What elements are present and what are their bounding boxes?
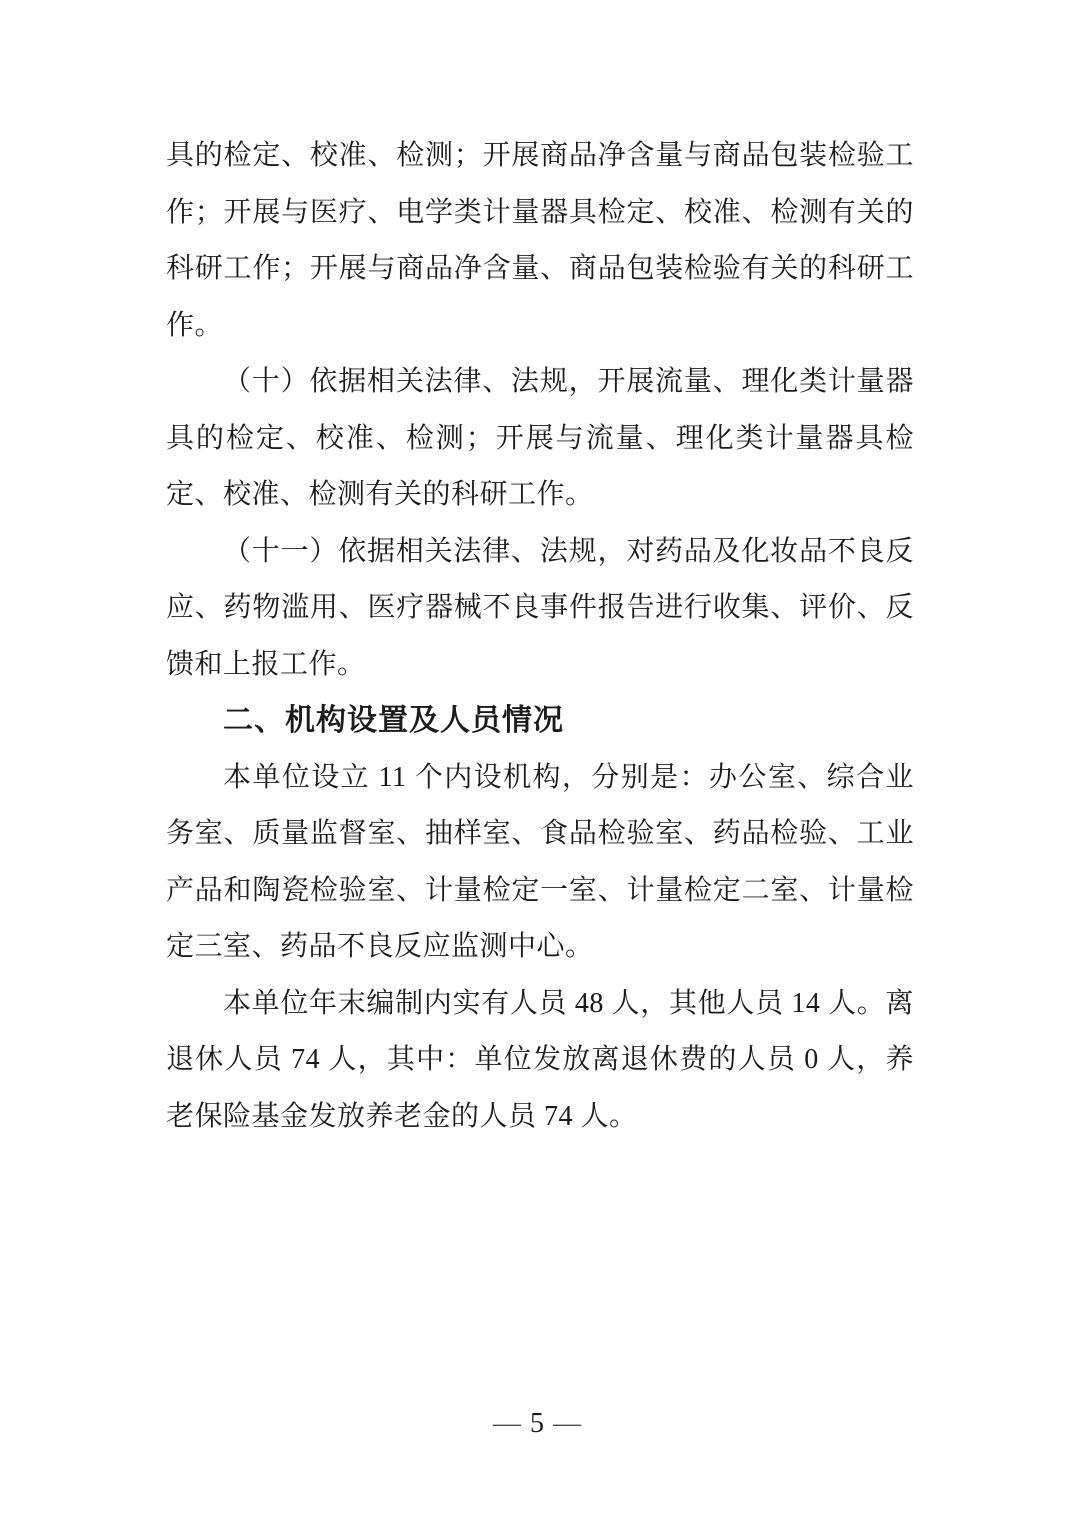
paragraph-item-eleven: （十一）依据相关法律、法规，对药品及化妆品不良反应、药物滥用、医疗器械不良事件报… bbox=[166, 524, 914, 694]
footer-dash-left: — bbox=[493, 1408, 521, 1439]
paragraph-staffing: 本单位年末编制内实有人员 48 人，其他人员 14 人。离退休人员 74 人，其… bbox=[166, 976, 914, 1146]
footer-dash-right: — bbox=[553, 1408, 581, 1439]
page-footer: —5— bbox=[0, 1404, 1074, 1444]
paragraph-continuation: 具的检定、校准、检测；开展商品净含量与商品包装检验工作；开展与医疗、电学类计量器… bbox=[166, 128, 914, 354]
document-body: 具的检定、校准、检测；开展商品净含量与商品包装检验工作；开展与医疗、电学类计量器… bbox=[166, 128, 914, 1145]
section-heading-org-and-staff: 二、机构设置及人员情况 bbox=[166, 693, 914, 750]
paragraph-internal-orgs: 本单位设立 11 个内设机构，分别是：办公室、综合业务室、质量监督室、抽样室、食… bbox=[166, 750, 914, 976]
document-page: 具的检定、校准、检测；开展商品净含量与商品包装检验工作；开展与医疗、电学类计量器… bbox=[0, 0, 1074, 1520]
page-number: 5 bbox=[530, 1408, 544, 1439]
paragraph-item-ten: （十）依据相关法律、法规，开展流量、理化类计量器具的检定、校准、检测；开展与流量… bbox=[166, 354, 914, 524]
